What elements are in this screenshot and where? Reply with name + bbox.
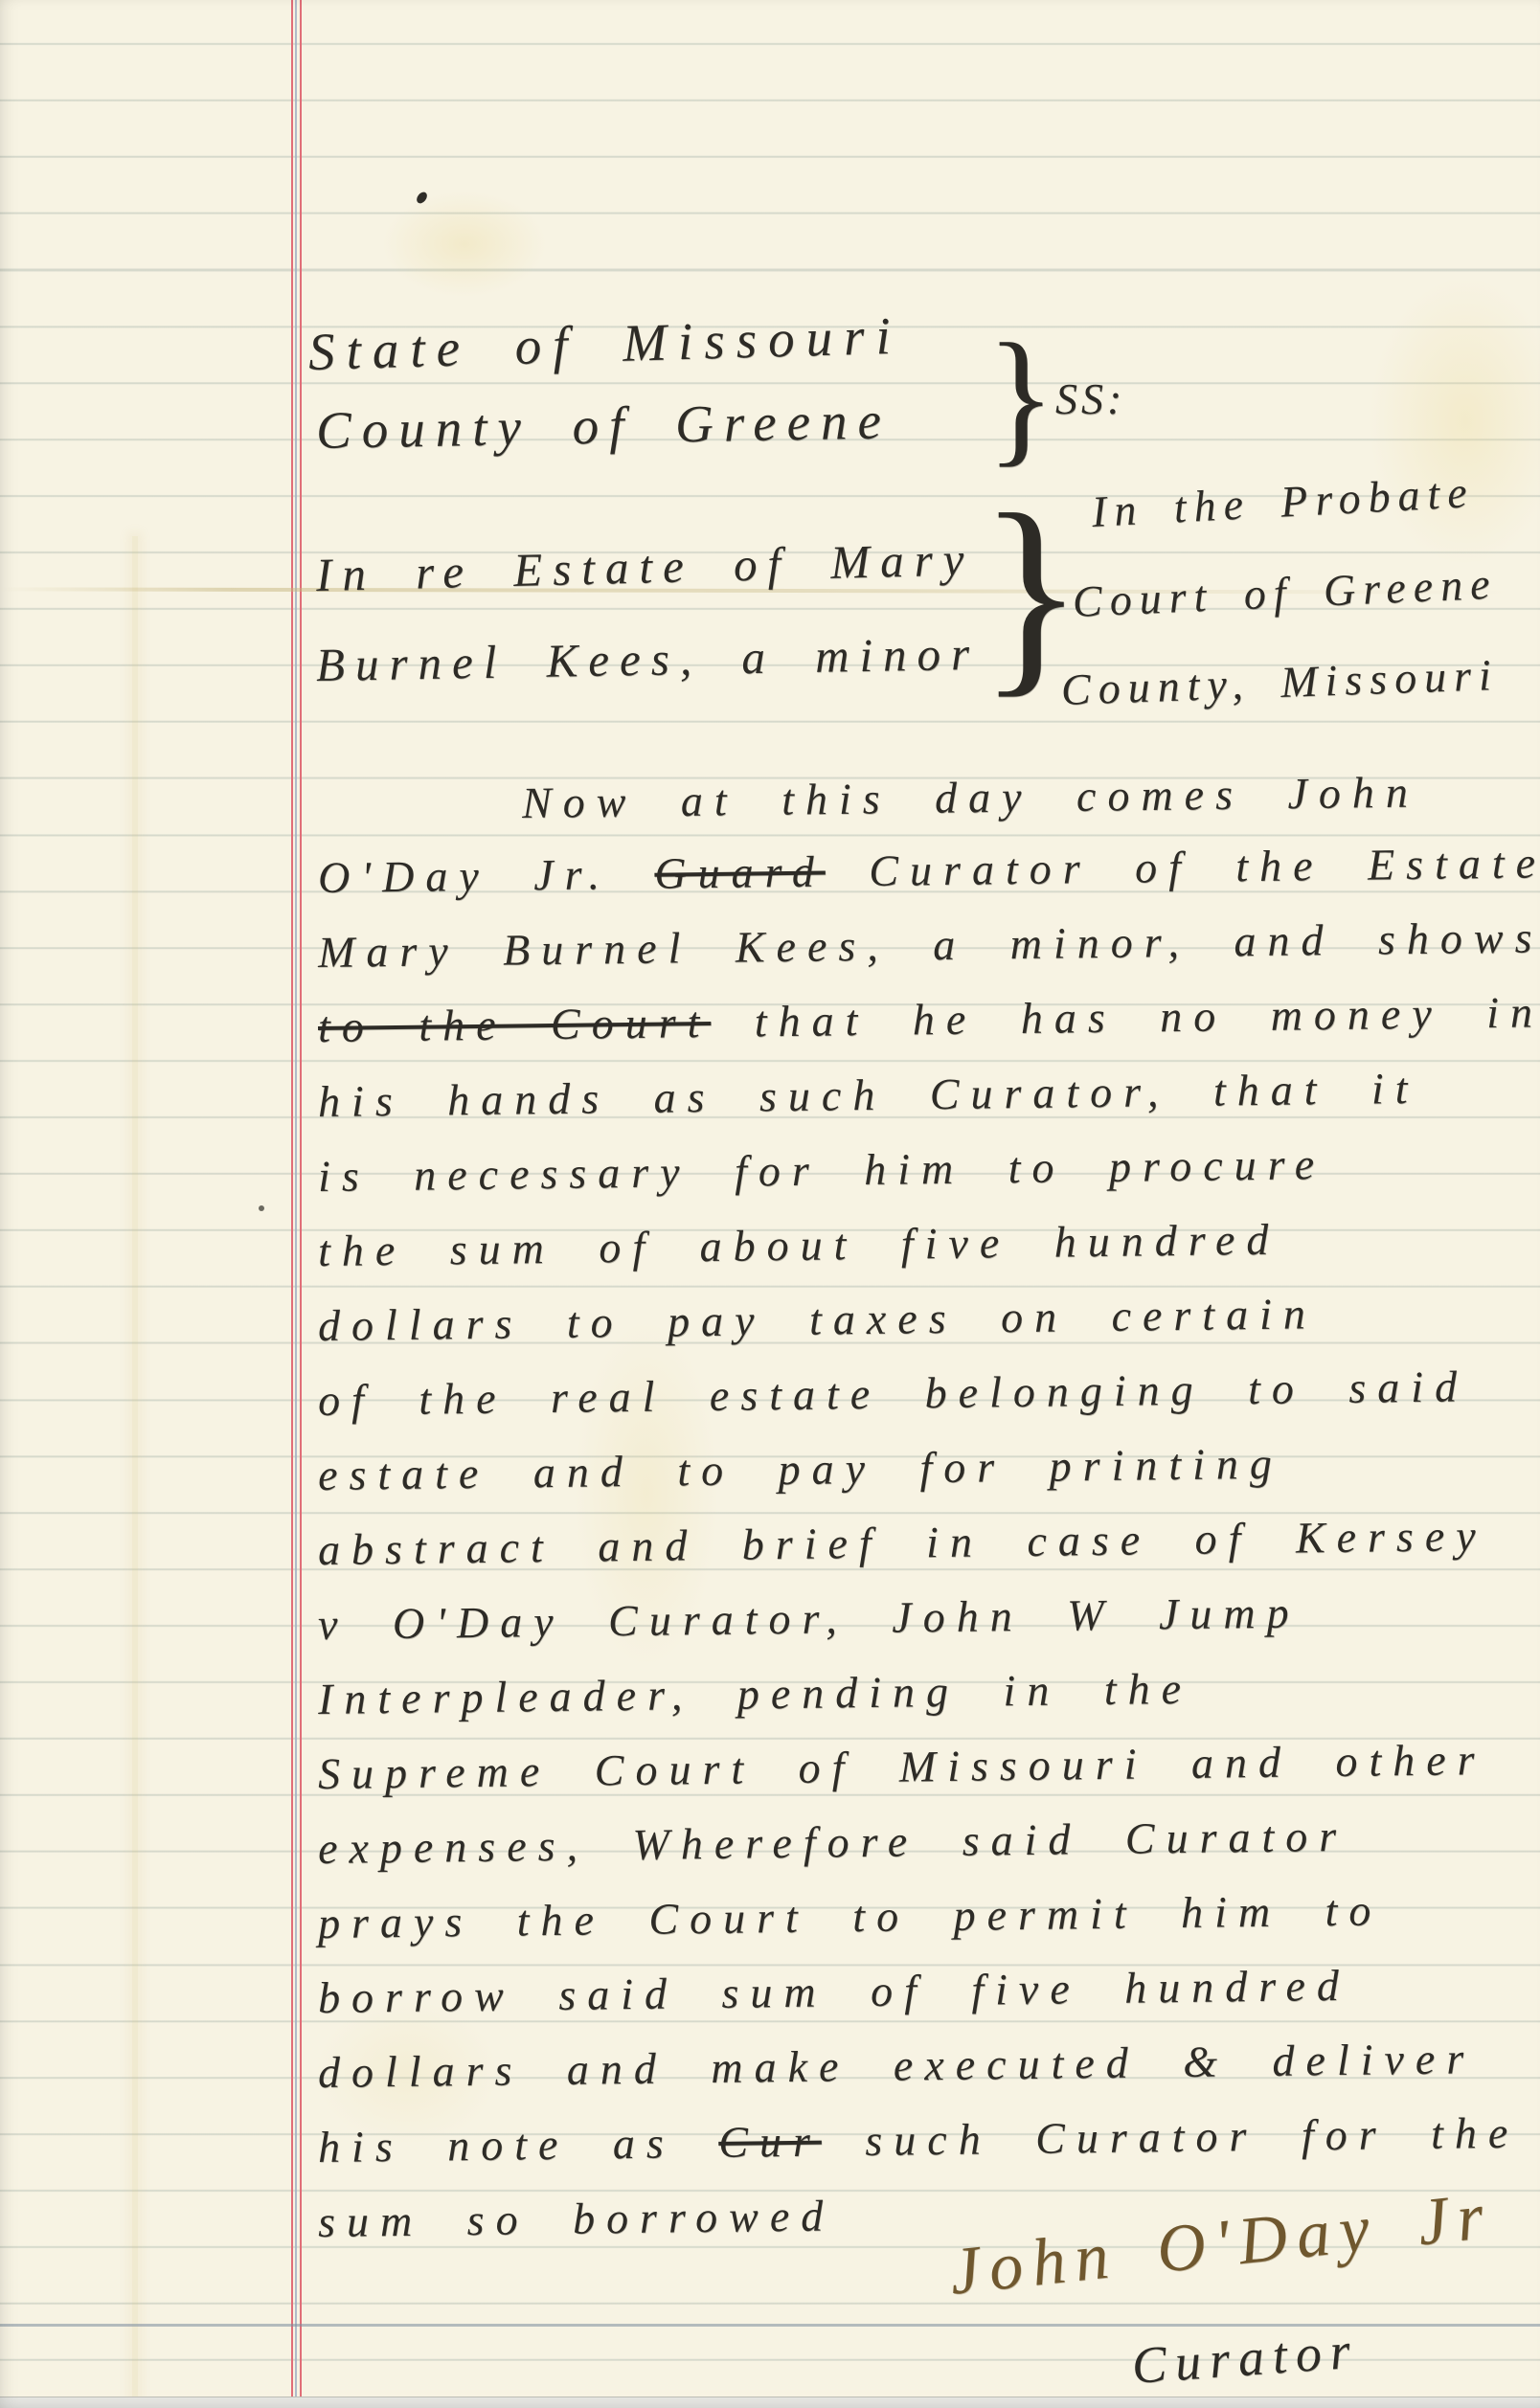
handwritten-text: that he has no money in [711, 987, 1540, 1046]
margin-line-red-left [291, 0, 293, 2408]
handwritten-text: his note as [318, 2118, 719, 2172]
page-bottom-edge [0, 2397, 1540, 2408]
handwritten-text: such Curator for the [822, 2108, 1520, 2166]
handwritten-text: Now at this day comes John [522, 768, 1419, 827]
struck-word: Cur [718, 2117, 822, 2167]
handwritten-text: sum so borrowed [318, 2191, 835, 2246]
manuscript-line-20: sum so borrowed [318, 2190, 835, 2247]
margin-line-blue [295, 0, 297, 2408]
margin-line-red-right [300, 0, 302, 2408]
struck-word: Guard [654, 847, 826, 898]
jurat-brace: } [986, 310, 1055, 484]
handwritten-text: Curator of the Estate of [825, 837, 1540, 895]
manuscript-page: State of Missouri County of Greene } SS:… [0, 0, 1540, 2408]
handwritten-text: O'Day Jr. [318, 849, 655, 902]
handwritten-text: the sum of about five hundred [318, 1215, 1280, 1275]
ink-speck [259, 1205, 264, 1211]
paper-fold-vertical [132, 536, 138, 2408]
manuscript-line-13: Interpleader, pending in the [318, 1663, 1193, 1724]
jurat-ss-label: SS: [1055, 373, 1125, 424]
jurat-county-line: County of Greene [315, 391, 892, 461]
caption-in-re-line-2: Burnel Kees, a minor [316, 626, 981, 692]
handwritten-text: Interpleader, pending in the [318, 1664, 1193, 1723]
handwritten-text: estate and to pay for printing [318, 1439, 1283, 1499]
struck-word: to the Court [318, 998, 712, 1051]
